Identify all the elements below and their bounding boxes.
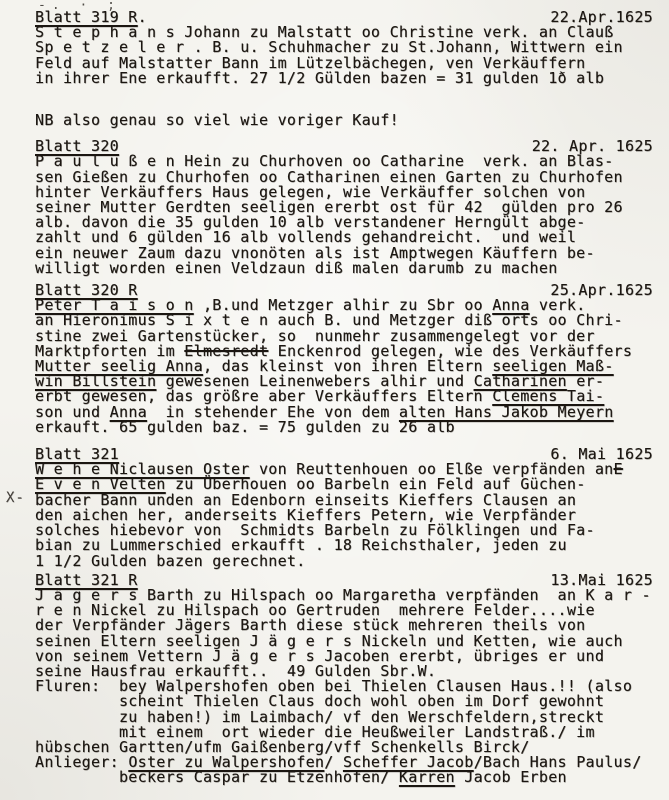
- text-segment: Karren: [399, 768, 455, 786]
- entry-line: in ihrer Ene erkaufft. 27 1/2 Gülden baz…: [35, 71, 655, 86]
- entry-blatt-0: Blatt 319 R.22.Apr.1625S t e p h a n s J…: [35, 10, 655, 128]
- text-segment: beckers Caspar zu Etzenhofen/: [35, 768, 399, 786]
- text-segment: E: [614, 460, 623, 478]
- text-segment: Jacob Erben: [455, 768, 567, 786]
- entry-line: willigt worden einen Veldzaun diß malen …: [35, 261, 655, 276]
- document-page: -. · ; X- Blatt 319 R.22.Apr.1625S t e p…: [0, 0, 669, 800]
- text-segment: 1 1/2 Gulden bazen gerechnet.: [35, 552, 306, 570]
- margin-x-mark: X-: [6, 490, 25, 506]
- text-segment: willigt worden einen Veldzaun diß malen …: [35, 259, 558, 277]
- nb-note: NB also genau so viel wie voriger Kauf!: [35, 113, 655, 128]
- entry-blatt-2: Blatt 320 R25.Apr.1625Peter T a i s o n …: [35, 283, 655, 435]
- text-segment: in ihrer Ene erkaufft. 27 1/2 Gülden baz…: [35, 69, 604, 87]
- entry-line: erkauft. 65 gulden baz. = 75 gulden zu 2…: [35, 420, 655, 435]
- entry-blatt-3: Blatt 3216. Mai 1625W e h e Niclausen Os…: [35, 447, 655, 569]
- entry-line: beckers Caspar zu Etzenhofen/ Karren Jac…: [35, 770, 655, 785]
- entry-line: 1 1/2 Gulden bazen gerechnet.: [35, 554, 655, 569]
- entries: Blatt 319 R.22.Apr.1625S t e p h a n s J…: [35, 10, 655, 786]
- entry-blatt-1: Blatt 32022. Apr. 1625P a u l u ß e n He…: [35, 139, 655, 276]
- entry-blatt-4: Blatt 321 R13.Mai 1625J ä g e r s Barth …: [35, 573, 655, 786]
- text-segment: erkauft. 65 gulden baz. = 75 gulden zu 2…: [35, 418, 455, 436]
